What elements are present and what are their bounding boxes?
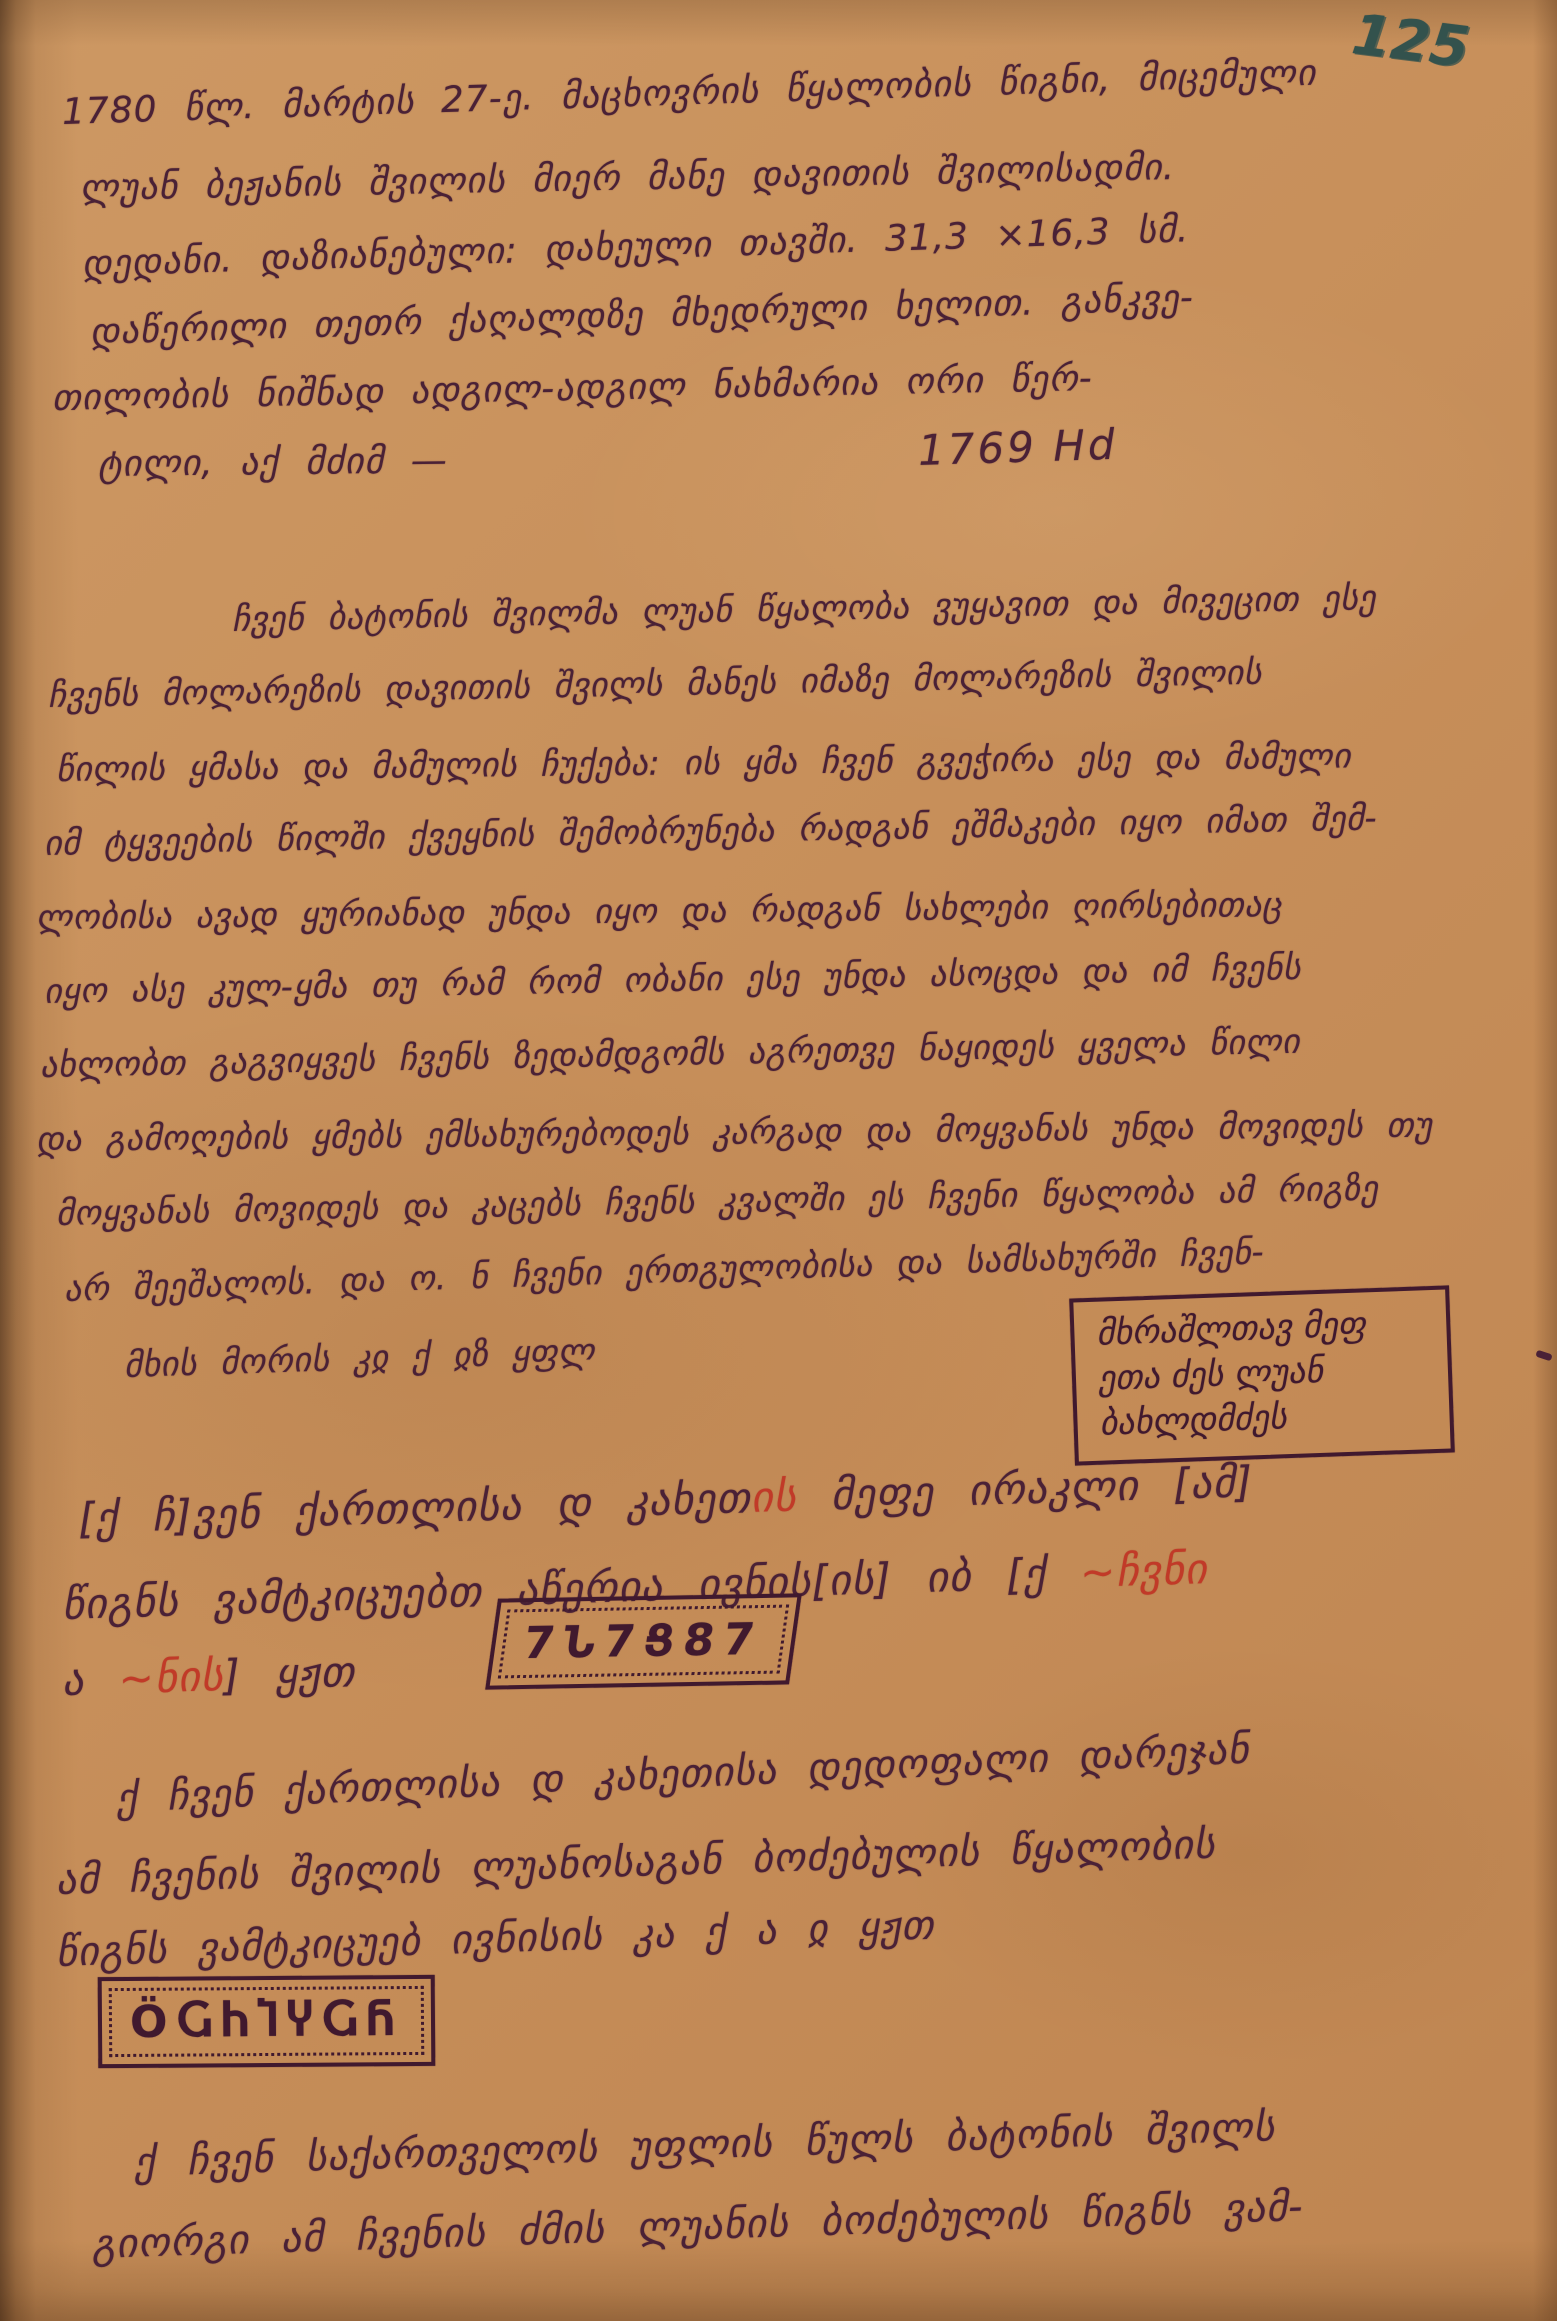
queen-confirmation-line: ქ ჩვენ ქართლისა დ კახეთისა დედოფალი დარე… [115, 1727, 1250, 1822]
king-line3-text: ა [61, 1654, 119, 1705]
header-line: 1780 წლ. მარტის 27-ე. მაცხოვრის წყალობის… [61, 53, 1317, 133]
queen-seal-text: ÖႺႹႨჄႺႬ [109, 1986, 425, 2057]
body-line: იყო ასე კულ-ყმა თუ რამ რომ ობანი ესე უნდ… [44, 948, 1302, 1012]
king-line1-red-text: ის [750, 1471, 797, 1521]
header-line: ტილი, აქ მძიმ — [98, 440, 448, 485]
king-line1-text: [ქ ჩ]ვენ ქართლისა დ კახეთ [77, 1473, 751, 1543]
header-line: დედანი. დაზიანებული: დახეული თავში. 31,3… [81, 209, 1189, 285]
king-line2-red-text: ~ჩვნი [1079, 1544, 1208, 1597]
king-confirmation-line: [ქ ჩ]ვენ ქართლისა დ კახეთის მეფე ირაკლი … [77, 1457, 1253, 1543]
body-line: ლობისა ავად ყურიანად უნდა იყო და რადგან … [36, 885, 1282, 938]
manuscript-page: 125 1780 წლ. მარტის 27-ე. მაცხოვრის წყალ… [0, 0, 1557, 2321]
prince-confirmation-line: ქ ჩვენ საქართველოს უფლის წულს ბატონის შვ… [133, 2104, 1276, 2186]
body-line: მხის მორის კჲ ქ ჲზ ყფლ [123, 1331, 595, 1386]
body-line: და გამოღების ყმებს ემსახურებოდეს კარგად … [36, 1105, 1433, 1160]
king-line3-red-text: ~ნის [118, 1651, 224, 1703]
prince-confirmation-line: გიორგი ამ ჩვენის ძმის ლუანის ბოძებულის წ… [91, 2184, 1304, 2268]
body-line: იმ ტყვეების წილში ქვეყნის შემობრუნება რა… [44, 798, 1378, 864]
body-line: ჩვენ ბატონის შვილმა ლუან წყალობა ვუყავით… [232, 578, 1377, 640]
ink-mark [1535, 1350, 1552, 1362]
king-line3-text: ] ყჟთ [223, 1647, 356, 1700]
body-line: ჩვენს მოლარეზის დავითის შვილს მანეს იმაზ… [48, 653, 1263, 716]
header-line: თილობის ნიშნად ადგილ-ადგილ ნახმარია ორი … [52, 358, 1093, 419]
header-line: ლუან ბეჟანის შვილის მიერ მანე დავითის შვ… [80, 147, 1176, 209]
body-line: წილის ყმასა და მამულის ჩუქება: ის ყმა ჩვ… [56, 736, 1351, 790]
king-seal-box: 7Ն7Ց87 [485, 1593, 801, 1689]
queen-seal-box: ÖႺႹႨჄႺႬ [98, 1975, 436, 2068]
king-confirmation-line: ა ~ნის] ყჟთ [61, 1647, 356, 1705]
body-line: მოყვანას მოვიდეს და კაცებს ჩვენს კვალში … [56, 1169, 1379, 1234]
king-line1-text: მეფე ირაკლი [ამ] [796, 1457, 1254, 1520]
queen-confirmation-line: წიგნს ვამტკიცუებ ივნისის კა ქ ა ჲ ყჟთ [55, 1902, 935, 1976]
page-number: 125 [1349, 7, 1472, 77]
king-seal-text: 7Ն7Ց87 [498, 1605, 789, 1679]
margin-note-box: მხრაშლთავ მეფ ეთა ძეს ლუან ბახლდმძეს [1069, 1285, 1455, 1465]
archive-reference: 1769 Hd [917, 420, 1118, 475]
body-line: ახლობთ გაგვიყვეს ჩვენს ზედამდგომს აგრეთვ… [40, 1022, 1301, 1086]
header-line: დაწერილი თეთრ ქაღალდზე მხედრული ხელით. გ… [89, 277, 1194, 353]
queen-confirmation-line: ამ ჩვენის შვილის ლუანოსაგან ბოძებულის წყ… [55, 1822, 1216, 1904]
